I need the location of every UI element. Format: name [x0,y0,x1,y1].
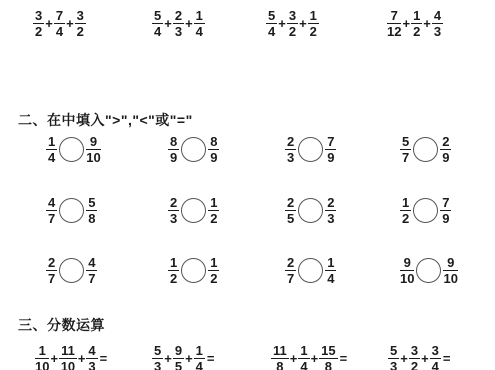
answer-circle [59,258,84,283]
numerator: 1 [298,344,309,359]
numerator: 2 [285,196,296,211]
fraction: 54 [152,9,163,38]
denominator: 3 [173,24,184,38]
addition-problem: 53+95+14= [152,344,215,370]
numerator: 3 [33,9,44,24]
numerator: 5 [266,9,277,24]
numerator: 2 [168,196,179,211]
numerator: 3 [287,9,298,24]
numerator: 7 [440,196,451,211]
numerator: 1 [35,344,49,359]
numerator: 2 [325,196,336,211]
denominator: 3 [432,24,443,38]
fraction: 12 [208,256,219,285]
denominator: 2 [33,24,44,38]
fraction: 29 [440,135,451,164]
denominator: 3 [86,359,97,370]
numerator: 4 [46,196,57,211]
fraction: 14 [194,344,205,370]
equals-sign: = [340,351,348,366]
fraction: 910 [86,135,100,164]
fraction: 89 [208,135,219,164]
fraction: 910 [400,256,414,285]
section3-title: 三、分数运算 [18,317,105,333]
denominator: 4 [194,359,205,370]
fraction: 23 [168,196,179,225]
numerator: 5 [388,344,399,359]
fraction: 12 [208,196,219,225]
addition-problem: 110+1110+43= [35,344,108,370]
fraction: 53 [388,344,399,370]
denominator: 2 [287,24,298,38]
fraction: 34 [430,344,441,370]
answer-circle [181,198,206,223]
numerator: 7 [387,9,401,24]
numerator: 3 [75,9,86,24]
fraction: 74 [54,9,65,38]
comparison-problem: 1279 [400,196,451,225]
fraction: 79 [440,196,451,225]
fraction: 32 [33,9,44,38]
fraction: 110 [35,344,49,370]
numerator: 5 [86,196,97,211]
denominator: 7 [86,271,97,285]
plus-operator: + [45,16,53,31]
plus-operator: + [78,351,86,366]
denominator: 7 [46,271,57,285]
fraction: 14 [325,256,336,285]
plus-operator: + [400,351,408,366]
numerator: 1 [308,9,319,24]
answer-circle [181,137,206,162]
section2-title: 二、在中填入">","<"或"=" [18,112,193,128]
fraction: 23 [285,135,296,164]
fraction: 12 [168,256,179,285]
fraction: 54 [266,9,277,38]
denominator: 2 [168,271,179,285]
denominator: 4 [325,271,336,285]
answer-circle [59,137,84,162]
denominator: 2 [409,359,420,370]
fraction: 79 [325,135,336,164]
fraction: 89 [168,135,179,164]
comparison-problem: 4758 [46,196,97,225]
answer-circle [181,258,206,283]
fraction: 12 [400,196,411,225]
fraction: 14 [298,344,309,370]
numerator: 2 [285,256,296,271]
plus-operator: + [66,16,74,31]
plus-operator: + [185,16,193,31]
plus-operator: + [164,351,172,366]
denominator: 3 [325,211,336,225]
denominator: 9 [440,150,451,164]
denominator: 3 [152,359,163,370]
denominator: 2 [411,24,422,38]
numerator: 2 [285,135,296,150]
denominator: 9 [440,211,451,225]
numerator: 1 [411,9,422,24]
denominator: 4 [194,24,205,38]
numerator: 1 [325,256,336,271]
comparison-problem: 2312 [168,196,219,225]
numerator: 11 [271,344,289,359]
addition-problem: 118+14+158= [271,344,348,370]
numerator: 5 [152,344,163,359]
numerator: 15 [319,344,337,359]
plus-operator: + [164,16,172,31]
denominator: 7 [285,271,296,285]
numerator: 1 [46,135,57,150]
denominator: 10 [443,271,457,285]
answer-circle [413,198,438,223]
numerator: 1 [194,344,205,359]
comparison-problem: 2747 [46,256,97,285]
fraction: 12 [308,9,319,38]
numerator: 9 [400,256,414,271]
fraction: 47 [86,256,97,285]
denominator: 10 [59,359,77,370]
plus-operator: + [423,16,431,31]
numerator: 9 [86,135,100,150]
denominator: 2 [75,24,86,38]
plus-operator: + [50,351,58,366]
plus-operator: + [421,351,429,366]
fraction: 158 [319,344,337,370]
numerator: 1 [208,256,219,271]
denominator: 10 [86,150,100,164]
numerator: 8 [168,135,179,150]
numerator: 9 [443,256,457,271]
plus-operator: + [278,16,286,31]
denominator: 8 [319,359,337,370]
denominator: 4 [430,359,441,370]
numerator: 5 [400,135,411,150]
numerator: 2 [46,256,57,271]
fraction: 23 [325,196,336,225]
numerator: 1 [208,196,219,211]
comparison-problem: 14910 [46,135,101,164]
addition-problem: 32+74+32 [33,9,86,38]
fraction: 47 [46,196,57,225]
numerator: 1 [168,256,179,271]
comparison-problem: 2523 [285,196,336,225]
denominator: 12 [387,24,401,38]
addition-problem: 54+23+14 [152,9,205,38]
denominator: 7 [400,150,411,164]
worksheet-page: 32+74+3254+23+1454+32+12712+12+43 二、在中填入… [0,0,495,370]
equals-sign: = [100,351,108,366]
fraction: 118 [271,344,289,370]
numerator: 4 [86,344,97,359]
answer-circle [59,198,84,223]
denominator: 4 [298,359,309,370]
denominator: 8 [271,359,289,370]
plus-operator: + [290,351,298,366]
fraction: 53 [152,344,163,370]
denominator: 5 [173,359,184,370]
plus-operator: + [299,16,307,31]
answer-circle [413,137,438,162]
comparison-problem: 2379 [285,135,336,164]
fraction: 27 [46,256,57,285]
equals-sign: = [207,351,215,366]
numerator: 2 [173,9,184,24]
numerator: 1 [194,9,205,24]
denominator: 10 [400,271,414,285]
denominator: 4 [266,24,277,38]
numerator: 8 [208,135,219,150]
addition-problem: 54+32+12 [266,9,319,38]
denominator: 9 [208,150,219,164]
numerator: 5 [152,9,163,24]
numerator: 1 [400,196,411,211]
answer-circle [416,258,441,283]
comparison-problem: 8989 [168,135,219,164]
denominator: 3 [168,211,179,225]
fraction: 95 [173,344,184,370]
fraction: 43 [432,9,443,38]
fraction: 32 [287,9,298,38]
fraction: 23 [173,9,184,38]
numerator: 4 [86,256,97,271]
fraction: 1110 [59,344,77,370]
numerator: 3 [430,344,441,359]
fraction: 57 [400,135,411,164]
answer-circle [298,137,323,162]
comparison-problem: 2714 [285,256,336,285]
denominator: 2 [208,211,219,225]
denominator: 4 [54,24,65,38]
fraction: 32 [75,9,86,38]
fraction: 32 [409,344,420,370]
numerator: 2 [440,135,451,150]
denominator: 10 [35,359,49,370]
denominator: 9 [168,150,179,164]
addition-problem: 53+32+34= [388,344,451,370]
numerator: 3 [409,344,420,359]
denominator: 7 [46,211,57,225]
denominator: 2 [400,211,411,225]
fraction: 910 [443,256,457,285]
plus-operator: + [185,351,193,366]
denominator: 4 [152,24,163,38]
denominator: 8 [86,211,97,225]
denominator: 4 [46,150,57,164]
comparison-problem: 5729 [400,135,451,164]
numerator: 11 [59,344,77,359]
denominator: 2 [308,24,319,38]
denominator: 9 [325,150,336,164]
addition-problem: 712+12+43 [387,9,443,38]
fraction: 14 [194,9,205,38]
fraction: 12 [411,9,422,38]
plus-operator: + [402,16,410,31]
fraction: 25 [285,196,296,225]
answer-circle [298,198,323,223]
denominator: 2 [208,271,219,285]
denominator: 3 [285,150,296,164]
fraction: 14 [46,135,57,164]
fraction: 43 [86,344,97,370]
equals-sign: = [443,351,451,366]
numerator: 4 [432,9,443,24]
answer-circle [298,258,323,283]
plus-operator: + [311,351,319,366]
numerator: 9 [173,344,184,359]
denominator: 5 [285,211,296,225]
fraction: 712 [387,9,401,38]
denominator: 3 [388,359,399,370]
numerator: 7 [54,9,65,24]
fraction: 27 [285,256,296,285]
fraction: 58 [86,196,97,225]
numerator: 7 [325,135,336,150]
comparison-problem: 1212 [168,256,219,285]
comparison-problem: 910910 [400,256,458,285]
